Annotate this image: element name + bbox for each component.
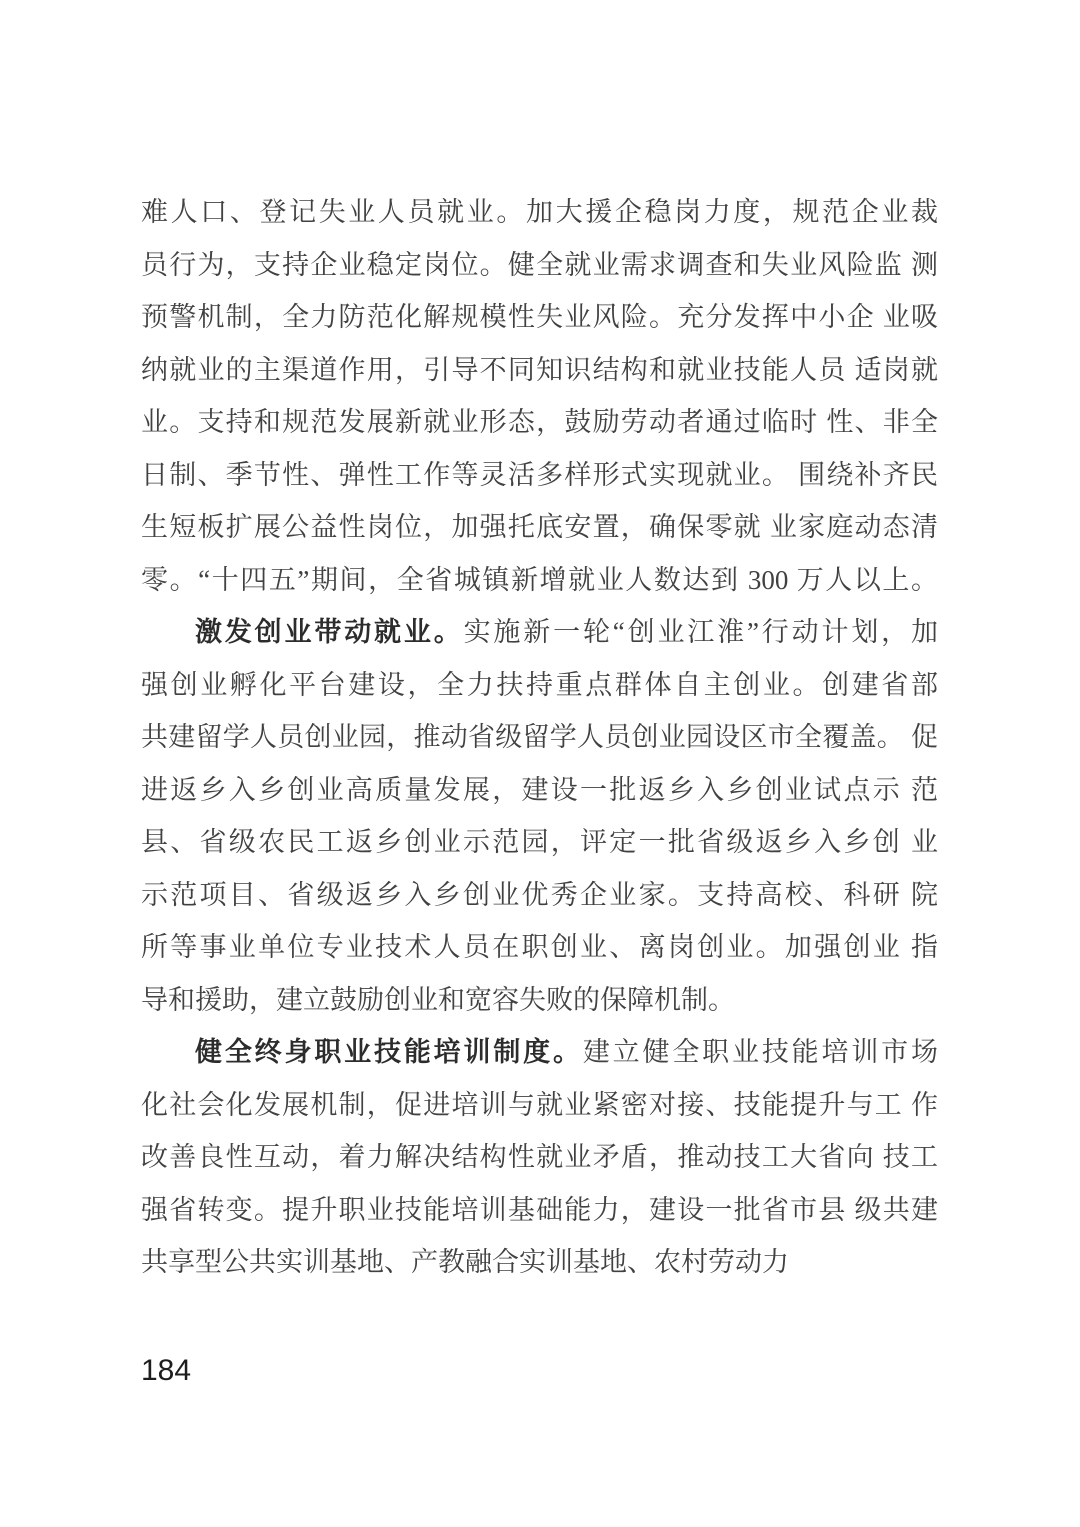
text-line: 化社会化发展机制，促进培训与就业紧密对接、技能提升与工 作 bbox=[141, 1079, 938, 1132]
text-line: 导和援助，建立鼓励创业和宽容失败的保障机制。 bbox=[141, 974, 938, 1027]
paragraph-lead: 健全终身职业技能培训制度。 bbox=[195, 1037, 583, 1067]
text-line: 日制、季节性、弹性工作等灵活多样形式实现就业。 围绕补齐民 bbox=[141, 449, 938, 502]
text-block: 难人口、登记失业人员就业。加大援企稳岗力度，规范企业裁员行为，支持企业稳定岗位。… bbox=[141, 186, 938, 1289]
text-line: 业。支持和规范发展新就业形态，鼓励劳动者通过临时 性、非全 bbox=[141, 396, 938, 449]
document-page: 难人口、登记失业人员就业。加大援企稳岗力度，规范企业裁员行为，支持企业稳定岗位。… bbox=[0, 0, 1080, 1527]
text-line: 进返乡入乡创业高质量发展，建设一批返乡入乡创业试点示 范 bbox=[141, 764, 938, 817]
text-line: 强创业孵化平台建设，全力扶持重点群体自主创业。创建省部 bbox=[141, 659, 938, 712]
text-line: 示范项目、省级返乡入乡创业优秀企业家。支持高校、科研 院 bbox=[141, 869, 938, 922]
text-line: 健全终身职业技能培训制度。建立健全职业技能培训市场 bbox=[141, 1026, 938, 1079]
text-line: 难人口、登记失业人员就业。加大援企稳岗力度，规范企业裁 bbox=[141, 186, 938, 239]
text-line: 改善良性互动，着力解决结构性就业矛盾，推动技工大省向 技工 bbox=[141, 1131, 938, 1184]
page-number: 184 bbox=[141, 1352, 191, 1390]
text-line: 纳就业的主渠道作用，引导不同知识结构和就业技能人员 适岗就 bbox=[141, 344, 938, 397]
paragraph-lead: 激发创业带动就业。 bbox=[195, 617, 464, 647]
text-line: 员行为，支持企业稳定岗位。健全就业需求调查和失业风险监 测 bbox=[141, 239, 938, 292]
text-line: 激发创业带动就业。实施新一轮“创业江淮”行动计划，加 bbox=[141, 606, 938, 659]
text-line: 所等事业单位专业技术人员在职创业、离岗创业。加强创业 指 bbox=[141, 921, 938, 974]
text-line: 共享型公共实训基地、产教融合实训基地、农村劳动力 bbox=[141, 1236, 938, 1289]
text-line: 零。“十四五”期间，全省城镇新增就业人数达到 300 万人以上。 bbox=[141, 554, 938, 607]
text-line: 强省转变。提升职业技能培训基础能力，建设一批省市县 级共建 bbox=[141, 1184, 938, 1237]
text-line: 预警机制，全力防范化解规模性失业风险。充分发挥中小企 业吸 bbox=[141, 291, 938, 344]
text-line: 共建留学人员创业园，推动省级留学人员创业园设区市全覆盖。 促 bbox=[141, 711, 938, 764]
text-line: 生短板扩展公益性岗位，加强托底安置，确保零就 业家庭动态清 bbox=[141, 501, 938, 554]
text-line: 县、省级农民工返乡创业示范园，评定一批省级返乡入乡创 业 bbox=[141, 816, 938, 869]
